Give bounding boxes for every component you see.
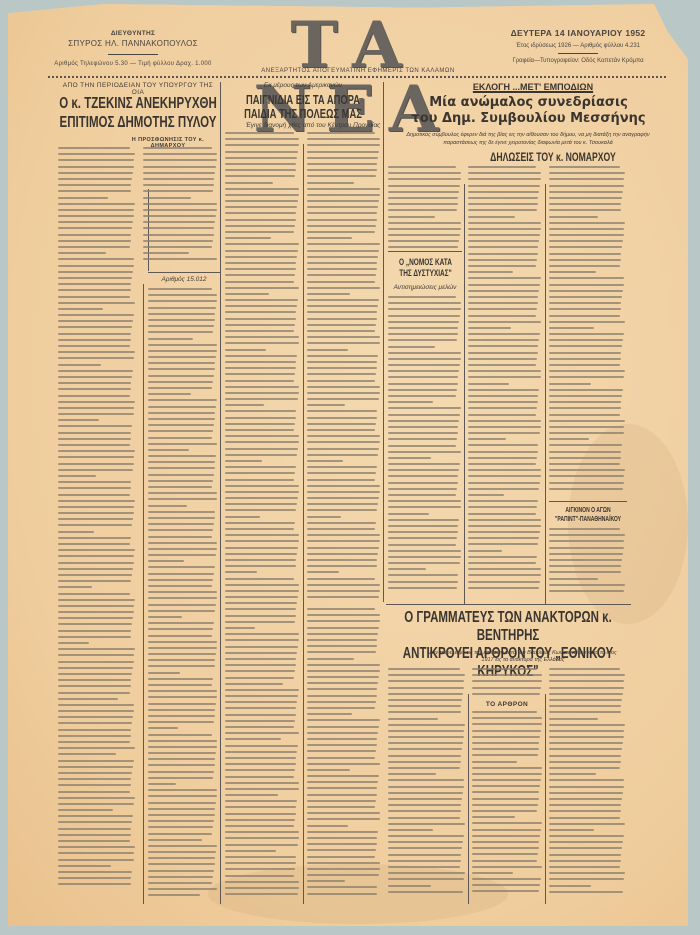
article-headline[interactable]: Μία ανώμαλος συνεδρίασις του Δημ. Συμβου… <box>386 95 671 127</box>
text-line <box>58 339 131 341</box>
text-line <box>225 639 299 641</box>
text-line <box>388 203 458 205</box>
text-line <box>148 653 216 655</box>
text-line <box>468 284 540 286</box>
text-line <box>225 299 298 301</box>
text-line <box>225 670 295 672</box>
text-line <box>225 596 298 598</box>
text-line <box>468 302 538 304</box>
text-line <box>225 182 273 184</box>
text-line <box>307 404 345 406</box>
text-line <box>388 736 464 738</box>
section-heading: ΤΟ ΑΡΘΡΟΝ <box>472 701 542 708</box>
continuation-label: Αριθμός 15.012 <box>148 276 220 283</box>
text-line <box>143 159 217 161</box>
text-line <box>388 841 463 843</box>
column-rule <box>303 604 304 904</box>
text-line <box>225 714 296 716</box>
text-line <box>225 608 296 610</box>
text-line <box>468 203 538 205</box>
text-line <box>307 868 380 870</box>
text-line <box>307 831 378 833</box>
text-line <box>148 511 215 513</box>
text-line <box>58 172 133 174</box>
text-line <box>468 333 540 335</box>
text-line <box>58 364 101 366</box>
text-line <box>549 370 625 372</box>
text-line <box>143 184 214 186</box>
text-line <box>225 615 296 617</box>
text-line <box>225 522 295 524</box>
text-line <box>468 191 539 193</box>
text-line <box>225 336 299 338</box>
text-line <box>388 420 459 422</box>
text-line <box>549 687 624 689</box>
text-line <box>148 560 184 562</box>
text-line <box>225 219 296 221</box>
text-line <box>225 763 296 765</box>
text-line <box>468 513 536 515</box>
text-line <box>468 234 540 236</box>
text-line <box>388 216 435 218</box>
text-line <box>307 299 379 301</box>
text-line <box>472 872 513 874</box>
text-line <box>225 281 294 283</box>
text-line <box>468 321 541 323</box>
text-line <box>468 432 540 434</box>
text-line <box>468 376 541 378</box>
text-line <box>472 884 540 886</box>
headline-line: Ο „ΝΟΜΟΣ ΚΑΤΑ <box>391 257 459 268</box>
column-rule <box>468 694 469 904</box>
text-line <box>225 559 296 561</box>
text-line <box>58 184 131 186</box>
text-line <box>468 364 536 366</box>
text-line <box>388 488 457 490</box>
text-line <box>225 305 297 307</box>
text-line <box>225 268 296 270</box>
text-line <box>148 418 215 420</box>
text-line <box>148 461 215 463</box>
text-line <box>307 132 375 134</box>
text-line <box>143 221 215 223</box>
text-line <box>225 837 299 839</box>
text-line <box>143 178 214 180</box>
text-line <box>225 683 283 685</box>
text-line <box>58 555 134 557</box>
text-line <box>148 498 217 500</box>
text-line <box>148 338 193 340</box>
text-line <box>225 893 298 895</box>
text-line <box>549 308 621 310</box>
text-line <box>58 463 134 465</box>
article-summary: Δημοτικός σύμβουλος έφερεν διά της βίας … <box>393 131 663 147</box>
text-line <box>58 722 132 724</box>
text-line <box>549 761 621 763</box>
text-line <box>225 274 295 276</box>
text-line <box>307 281 375 283</box>
text-line <box>307 750 376 752</box>
article-body <box>148 288 218 898</box>
text-line <box>549 488 623 490</box>
text-line <box>307 485 380 487</box>
text-line <box>148 579 213 581</box>
text-line <box>388 544 456 546</box>
text-line <box>468 253 538 255</box>
text-line <box>472 767 542 769</box>
text-line <box>549 748 622 750</box>
text-line <box>307 719 380 721</box>
text-line <box>58 586 92 588</box>
text-line <box>549 553 623 555</box>
column-rule <box>545 184 546 604</box>
text-line <box>307 553 378 555</box>
text-line <box>549 315 620 317</box>
text-line <box>472 723 542 725</box>
article-headline[interactable]: Ο κ. ΤΖΕΚΙΝΣ ΑΝΕΚΗΡΥΧΘΗ ΕΠΙΤΙΜΟΣ ΔΗΜΟΤΗΣ… <box>59 94 217 132</box>
text-line <box>468 587 539 589</box>
text-line <box>148 406 216 408</box>
article-subhead: Έγινε διανομή χθες από του Κέντρου Προνο… <box>238 122 388 129</box>
text-line <box>225 528 294 530</box>
text-line <box>143 215 216 217</box>
text-line <box>468 550 502 552</box>
text-line <box>225 435 299 437</box>
text-line <box>58 760 134 762</box>
text-line <box>472 822 542 824</box>
text-line <box>549 584 625 586</box>
text-line <box>58 320 133 322</box>
text-line <box>225 175 295 177</box>
text-line <box>388 414 460 416</box>
text-line <box>549 420 625 422</box>
text-line <box>58 326 132 328</box>
text-line <box>148 523 214 525</box>
text-line <box>58 661 134 663</box>
text-line <box>225 225 295 227</box>
text-line <box>225 602 297 604</box>
text-line <box>58 382 131 384</box>
column-rule <box>143 284 144 904</box>
text-line <box>225 881 299 883</box>
text-line <box>58 611 134 613</box>
text-line <box>388 370 459 372</box>
text-line <box>225 311 296 313</box>
text-line <box>148 455 216 457</box>
text-line <box>58 809 113 811</box>
text-line <box>472 687 541 689</box>
text-line <box>307 262 377 264</box>
text-line <box>388 506 461 508</box>
text-line <box>468 185 540 187</box>
text-line <box>148 350 217 352</box>
text-line <box>225 367 296 369</box>
text-line <box>58 772 132 774</box>
text-line <box>58 221 133 223</box>
text-line <box>225 392 299 394</box>
text-line <box>225 547 298 549</box>
text-line <box>58 562 134 564</box>
text-line <box>225 794 278 796</box>
text-line <box>468 581 540 583</box>
text-line <box>388 346 435 348</box>
text-line <box>307 479 375 481</box>
text-line <box>148 659 215 661</box>
text-line <box>225 856 296 858</box>
text-line <box>388 500 461 502</box>
text-line <box>307 584 380 586</box>
text-line <box>388 166 456 168</box>
text-line <box>225 479 294 481</box>
text-line <box>58 784 131 786</box>
text-line <box>307 578 375 580</box>
text-line <box>388 525 458 527</box>
text-line <box>58 667 133 669</box>
headline-line: ΤΗΣ ΔΥΣΤΥΧΙΑΣ" <box>391 268 459 279</box>
text-line <box>225 448 298 450</box>
text-line <box>388 829 433 831</box>
text-line <box>468 240 539 242</box>
text-line <box>58 376 132 378</box>
text-line <box>472 761 517 763</box>
text-line <box>225 633 299 635</box>
text-line <box>307 559 377 561</box>
text-line <box>549 823 625 825</box>
text-line <box>225 250 298 252</box>
text-line <box>58 258 134 260</box>
text-line <box>148 505 187 507</box>
text-line <box>472 779 541 781</box>
text-line <box>148 820 214 822</box>
text-line <box>225 497 298 499</box>
text-line <box>307 466 377 468</box>
text-line <box>58 357 134 359</box>
headline-line: Μία ανώμαλος συνεδρίασις <box>386 95 671 111</box>
article-body <box>549 528 626 598</box>
text-line <box>58 821 132 823</box>
text-line <box>225 788 299 790</box>
text-line <box>388 327 458 329</box>
headline-line: ΠΑΙΓΝΙΔΙΑ ΕΙΣ ΤΑ ΑΠΟΡΑ <box>231 93 375 107</box>
text-line <box>225 472 295 474</box>
text-line <box>58 487 131 489</box>
text-line <box>143 190 213 192</box>
text-line <box>225 584 299 586</box>
text-line <box>307 225 376 227</box>
newspaper-page: ΔΙΕΥΘΥΝΤΗΣ ΣΠΥΡΟΣ ΗΛ. ΠΑΝΝΑΚΟΠΟΥΛΟΣ Αριθ… <box>8 4 688 926</box>
text-line <box>58 209 134 211</box>
text-line <box>307 361 377 363</box>
text-line <box>468 222 541 224</box>
text-line <box>148 839 202 841</box>
article-headline[interactable]: Ο „ΝΟΜΟΣ ΚΑΤΑ ΤΗΣ ΔΥΣΤΥΧΙΑΣ" <box>391 257 459 279</box>
text-line <box>225 144 299 146</box>
text-line <box>225 516 260 518</box>
text-line <box>549 426 624 428</box>
text-line <box>468 315 536 317</box>
text-line <box>307 138 380 140</box>
text-line <box>549 699 622 701</box>
text-line <box>388 866 460 868</box>
text-line <box>307 726 379 728</box>
text-line <box>472 816 515 818</box>
text-line <box>468 383 509 385</box>
text-line <box>143 234 214 236</box>
article-subhead: ΔΗΛΩΣΕΙΣ ΤΟΥ κ. ΝΟΜΑΡΧΟΥ <box>467 150 640 164</box>
article-body <box>307 132 381 602</box>
text-line <box>58 419 99 421</box>
text-line <box>58 654 134 656</box>
headline-line: ΕΠΙΤΙΜΟΣ ΔΗΜΟΤΗΣ ΠΥΛΟΥ <box>59 113 217 132</box>
text-line <box>307 769 350 771</box>
text-line <box>549 711 621 713</box>
issue-date: ΔΕΥΤΕΡΑ 14 ΙΑΝΟΥΑΡΙΟΥ 1952 <box>498 28 658 38</box>
text-line <box>58 203 135 205</box>
text-line <box>468 216 515 218</box>
text-line <box>388 315 460 317</box>
text-line <box>58 883 131 885</box>
text-line <box>472 785 540 787</box>
text-line <box>225 256 297 258</box>
text-line <box>388 574 458 576</box>
text-line <box>549 240 623 242</box>
text-line <box>307 509 377 511</box>
text-line <box>225 813 296 815</box>
text-line <box>225 534 299 536</box>
text-line <box>468 463 536 465</box>
text-line <box>549 693 623 695</box>
text-line <box>58 580 131 582</box>
text-line <box>307 423 376 425</box>
text-line <box>388 779 464 781</box>
text-line <box>549 798 622 800</box>
masthead-left: ΔΙΕΥΘΥΝΤΗΣ ΣΠΥΡΟΣ ΗΛ. ΠΑΝΝΑΚΟΠΟΥΛΟΣ Αριθ… <box>48 30 218 67</box>
article-subhead: Δεν παρέλειψε εις την επίθεσιν κατά του … <box>428 650 618 664</box>
text-line <box>468 494 504 496</box>
headline-line: ΑΙΓΚΙΝΟΝ Ο ΑΓΩΝ <box>548 506 627 515</box>
text-line <box>549 401 621 403</box>
text-line <box>225 621 295 623</box>
text-line <box>468 228 541 230</box>
text-line <box>143 172 215 174</box>
text-line <box>58 246 130 248</box>
text-line <box>307 775 379 777</box>
text-line <box>307 849 376 851</box>
text-line <box>148 325 214 327</box>
text-line <box>307 182 354 184</box>
text-line <box>468 277 541 279</box>
text-line <box>549 321 625 323</box>
text-line <box>225 423 295 425</box>
text-line <box>307 212 377 214</box>
text-line <box>388 699 462 701</box>
text-line <box>468 290 539 292</box>
text-line <box>58 494 130 496</box>
text-line <box>549 271 596 273</box>
text-line <box>148 740 217 742</box>
text-line <box>468 420 541 422</box>
text-line <box>549 810 621 812</box>
text-line <box>58 753 116 755</box>
text-line <box>388 755 461 757</box>
text-line <box>468 339 539 341</box>
article-headline[interactable]: ΑΙΓΚΙΝΟΝ Ο ΑΓΩΝ "ΡΑΠΙΝΤ"-ΠΑΝΑΘΗΝΑΪΚΟΥ <box>548 506 627 524</box>
text-line <box>148 368 215 370</box>
text-line <box>58 481 131 483</box>
text-line <box>307 305 378 307</box>
text-line <box>307 144 380 146</box>
text-line <box>388 407 461 409</box>
text-line <box>307 268 377 270</box>
text-line <box>549 571 621 573</box>
text-line <box>307 856 375 858</box>
text-line <box>143 166 216 168</box>
text-line <box>549 222 625 224</box>
text-line <box>549 730 624 732</box>
text-line <box>388 687 464 689</box>
text-line <box>148 684 212 686</box>
text-line <box>468 444 538 446</box>
text-line <box>388 742 463 744</box>
text-line <box>549 284 624 286</box>
text-line <box>388 519 459 521</box>
text-line <box>468 166 536 168</box>
text-line <box>148 721 214 723</box>
text-line <box>388 426 458 428</box>
text-line <box>225 466 296 468</box>
text-line <box>58 444 130 446</box>
text-line <box>549 209 621 211</box>
text-line <box>388 513 429 515</box>
headline-line: ΠΑΙΔΙΑ ΤΗΣ ΠΟΛΕΩΣ ΜΑΣ <box>231 107 375 121</box>
text-line <box>148 734 212 736</box>
text-line <box>307 497 379 499</box>
text-line <box>549 463 620 465</box>
text-line <box>388 358 461 360</box>
article-kicker: Εκ μέρους των Αμερικανών <box>223 82 383 89</box>
text-line <box>143 203 217 205</box>
text-line <box>549 817 620 819</box>
text-line <box>307 818 380 820</box>
text-line <box>388 463 460 465</box>
text-line <box>148 777 213 779</box>
text-line <box>388 854 461 856</box>
article-headline[interactable]: ΠΑΙΓΝΙΔΙΑ ΕΙΣ ΤΑ ΑΠΟΡΑ ΠΑΙΔΙΑ ΤΗΣ ΠΟΛΕΩΣ… <box>231 93 375 121</box>
text-line <box>148 808 215 810</box>
divider <box>148 272 220 273</box>
text-line <box>58 450 135 452</box>
text-line <box>468 265 536 267</box>
text-line <box>225 652 297 654</box>
text-line <box>148 585 212 587</box>
text-line <box>388 705 461 707</box>
text-line <box>388 718 438 720</box>
text-line <box>388 531 458 533</box>
text-line <box>148 696 217 698</box>
text-line <box>468 537 539 539</box>
text-line <box>549 432 624 434</box>
article-body <box>307 608 381 902</box>
text-line <box>472 791 539 793</box>
text-line <box>225 868 295 870</box>
text-line <box>388 383 458 385</box>
article-body <box>549 166 626 496</box>
text-line <box>307 231 375 233</box>
text-line <box>58 407 134 409</box>
text-line <box>225 590 299 592</box>
text-line <box>225 503 297 505</box>
text-line <box>388 767 460 769</box>
